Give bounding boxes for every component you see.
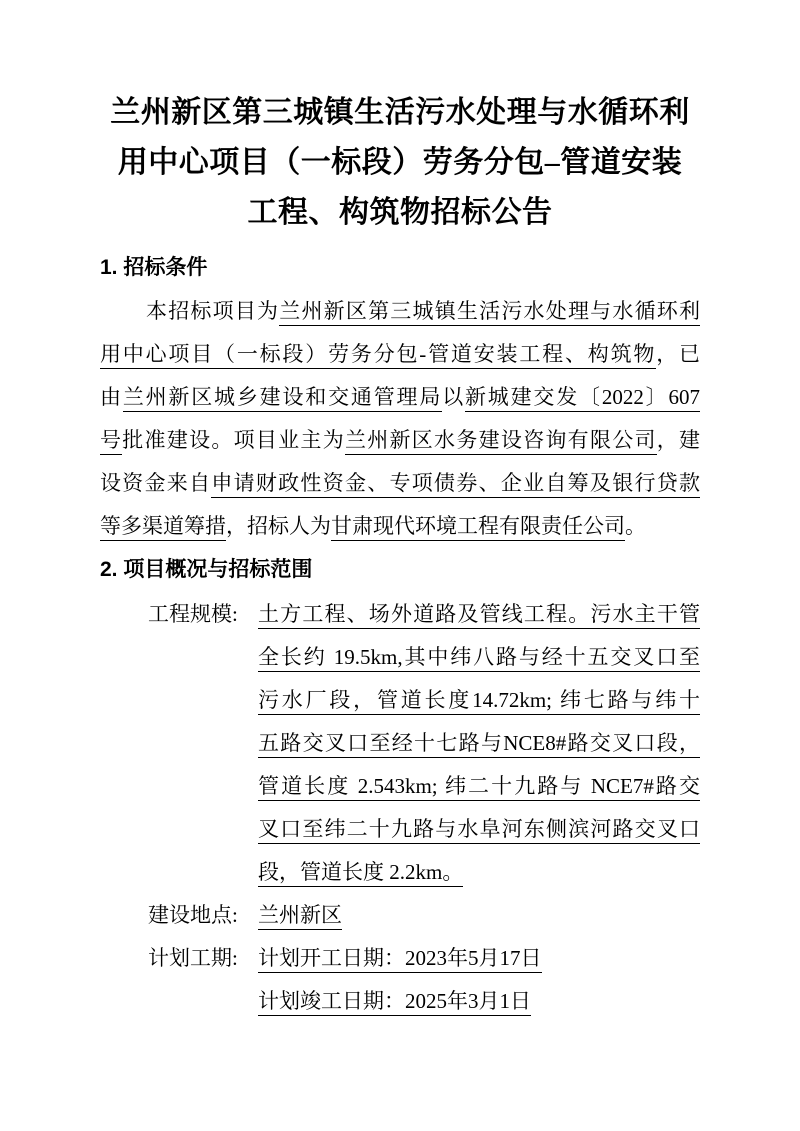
text-line: 计划竣工日期：2025年3月1日 (258, 980, 700, 1023)
underlined-text: 土方工程、场外道路及管线工程。污水主干管 (258, 602, 700, 629)
schedule-row: 计划工期: 计划开工日期：2023年5月17日计划竣工日期：2025年3月1日 (100, 937, 700, 1023)
plain-text: ，招标人为 (226, 514, 331, 538)
scale-value: 土方工程、场外道路及管线工程。污水主干管全长约 19.5km,其中纬八路与经十五… (258, 593, 700, 894)
section1-paragraph: 本招标项目为兰州新区第三城镇生活污水处理与水循环利用中心项目（一标段）劳务分包-… (100, 290, 700, 548)
location-value: 兰州新区 (258, 894, 700, 937)
underlined-text: 用中心项目（一标段）劳务分包-管道安装工程、构筑物 (100, 342, 656, 369)
underlined-text: 污水厂段，管道长度14.72km; 纬七路与纬十 (258, 688, 700, 715)
plain-text: 批准建设。项目业主为 (122, 428, 345, 452)
underlined-text: 兰州新区水务建设咨询有限公司 (345, 428, 657, 455)
title-line-1: 兰州新区第三城镇生活污水处理与水循环利 (100, 88, 700, 138)
text-line: 用中心项目（一标段）劳务分包-管道安装工程、构筑物，已 (100, 333, 700, 376)
plain-text: 以 (442, 385, 465, 409)
text-line: 土方工程、场外道路及管线工程。污水主干管 (258, 593, 700, 636)
underlined-text: 全长约 19.5km,其中纬八路与经十五交叉口至 (258, 645, 700, 672)
underlined-text: 计划开工日期：2023年5月17日 (258, 946, 542, 973)
text-line: 五路交叉口至经十七路与NCE8#路交叉口段， (258, 722, 700, 765)
underlined-text: 等多渠道筹措 (100, 514, 226, 541)
underlined-text: 兰州新区第三城镇生活污水处理与水循环利 (279, 299, 700, 326)
text-line: 本招标项目为兰州新区第三城镇生活污水处理与水循环利 (100, 290, 700, 333)
underlined-text: 段，管道长度 2.2km。 (258, 860, 463, 887)
text-line: 污水厂段，管道长度14.72km; 纬七路与纬十 (258, 679, 700, 722)
location-row: 建设地点: 兰州新区 (100, 894, 700, 937)
schedule-value: 计划开工日期：2023年5月17日计划竣工日期：2025年3月1日 (258, 937, 700, 1023)
text-line: 计划开工日期：2023年5月17日 (258, 937, 700, 980)
underlined-text: 号 (100, 428, 122, 455)
text-line: 号批准建设。项目业主为兰州新区水务建设咨询有限公司，建 (100, 419, 700, 462)
project-info: 工程规模: 土方工程、场外道路及管线工程。污水主干管全长约 19.5km,其中纬… (100, 593, 700, 1023)
plain-text: 本招标项目为 (146, 299, 279, 323)
underlined-text: 新城建交发〔2022〕607 (465, 385, 700, 412)
project-scale-row: 工程规模: 土方工程、场外道路及管线工程。污水主干管全长约 19.5km,其中纬… (100, 593, 700, 894)
underlined-text: 五路交叉口至经十七路与NCE8#路交叉口段， (258, 731, 700, 758)
underlined-text: 计划竣工日期：2025年3月1日 (258, 989, 531, 1016)
plain-text: 。 (625, 514, 646, 538)
document-title: 兰州新区第三城镇生活污水处理与水循环利 用中心项目（一标段）劳务分包–管道安装 … (100, 0, 700, 238)
document-page: 兰州新区第三城镇生活污水处理与水循环利 用中心项目（一标段）劳务分包–管道安装 … (0, 0, 800, 1131)
document-content: 兰州新区第三城镇生活污水处理与水循环利 用中心项目（一标段）劳务分包–管道安装 … (0, 0, 800, 1023)
plain-text: 设资金来自 (100, 471, 211, 495)
text-line: 段，管道长度 2.2km。 (258, 851, 700, 894)
plain-text: 由 (100, 385, 123, 409)
schedule-label: 计划工期: (100, 937, 258, 1023)
underlined-text: 管道长度 2.543km; 纬二十九路与 NCE7#路交 (258, 774, 700, 801)
text-line: 管道长度 2.543km; 纬二十九路与 NCE7#路交 (258, 765, 700, 808)
location-label: 建设地点: (100, 894, 258, 937)
text-line: 等多渠道筹措，招标人为甘肃现代环境工程有限责任公司。 (100, 505, 700, 548)
title-line-3: 工程、构筑物招标公告 (100, 188, 700, 238)
underlined-text: 甘肃现代环境工程有限责任公司 (331, 514, 625, 541)
section2-heading: 2. 项目概况与招标范围 (100, 556, 700, 584)
plain-text: ，建 (657, 428, 700, 452)
underlined-text: 申请财政性资金、专项债券、企业自筹及银行贷款 (211, 471, 700, 498)
text-line: 设资金来自申请财政性资金、专项债券、企业自筹及银行贷款 (100, 462, 700, 505)
underlined-text: 兰州新区 (258, 903, 342, 930)
section1-heading: 1. 招标条件 (100, 254, 700, 282)
underlined-text: 兰州新区城乡建设和交通管理局 (123, 385, 442, 412)
scale-label: 工程规模: (100, 593, 258, 894)
text-line: 由兰州新区城乡建设和交通管理局以新城建交发〔2022〕607 (100, 376, 700, 419)
title-line-2: 用中心项目（一标段）劳务分包–管道安装 (100, 138, 700, 188)
text-line: 叉口至纬二十九路与水阜河东侧滨河路交叉口 (258, 808, 700, 851)
text-line: 兰州新区 (258, 894, 700, 937)
plain-text: ，已 (656, 342, 700, 366)
underlined-text: 叉口至纬二十九路与水阜河东侧滨河路交叉口 (258, 817, 700, 844)
text-line: 全长约 19.5km,其中纬八路与经十五交叉口至 (258, 636, 700, 679)
